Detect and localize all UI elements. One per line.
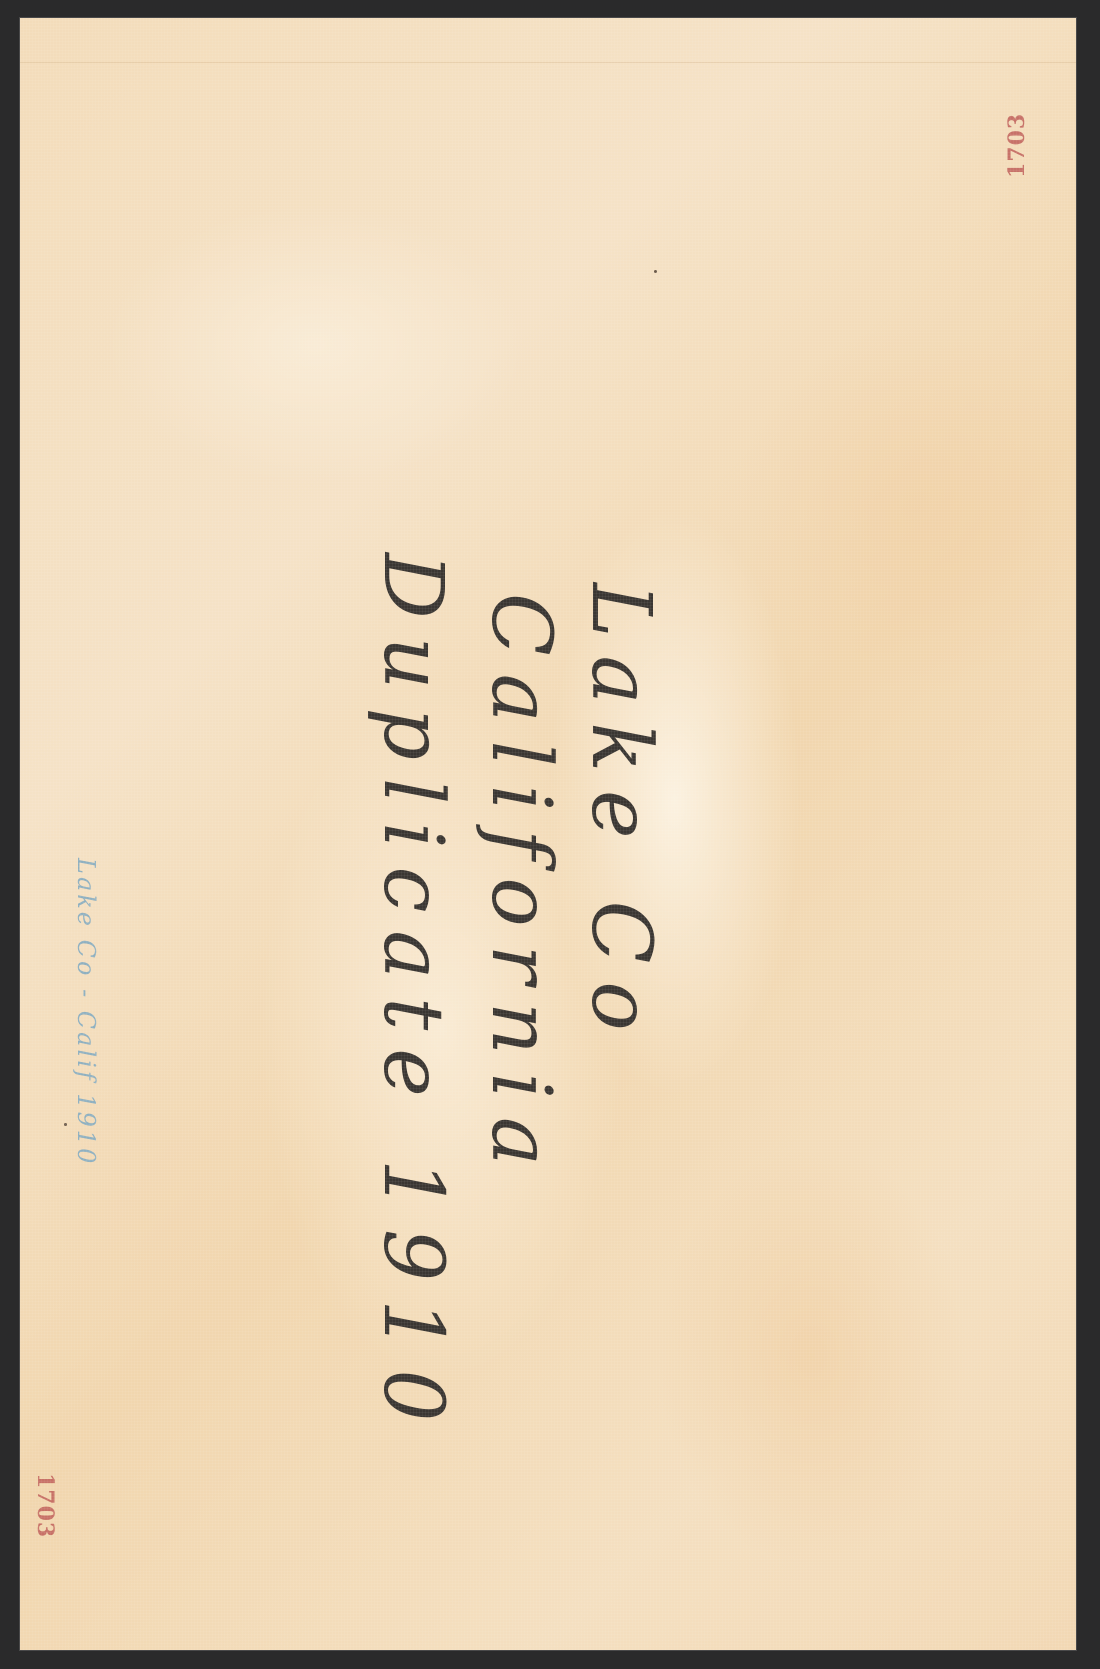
ink-speck bbox=[654, 270, 657, 273]
pencil-annotation: Lake Co - Calif 1910 bbox=[72, 858, 100, 1166]
catalog-stamp-bottom: 1703 bbox=[32, 1473, 58, 1538]
catalog-stamp-top: 1703 bbox=[1004, 113, 1030, 178]
document-sheet: 1703 1703 Lake Co California Duplicate 1… bbox=[20, 18, 1076, 1650]
handwritten-duplicate-year: Duplicate 1910 bbox=[365, 553, 460, 1440]
handwritten-county: Lake Co bbox=[573, 583, 668, 1049]
ink-speck bbox=[64, 1123, 67, 1126]
fold-line bbox=[20, 62, 1076, 63]
handwritten-state: California bbox=[473, 593, 568, 1184]
